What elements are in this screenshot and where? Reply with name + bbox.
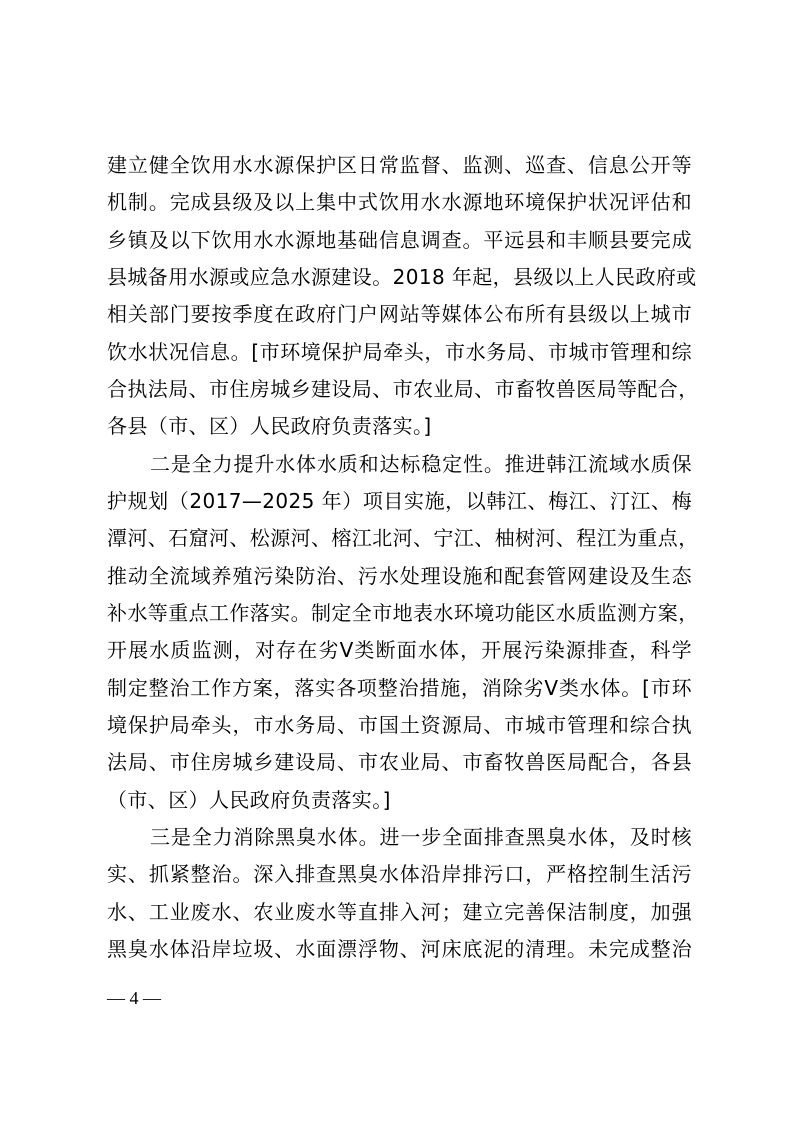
body-line: 实、抓紧整治。深入排查黑臭水体沿岸排污口，严格控制生活污 [107,856,692,893]
body-text: 建立健全饮用水水源保护区日常监督、监测、巡查、信息公开等 机制。完成县级及以上集… [107,147,692,968]
body-line: 境保护局牵头，市水务局、市国土资源局、市城市管理和综合执 [107,707,692,744]
body-line: 建立健全饮用水水源保护区日常监督、监测、巡查、信息公开等 [107,147,692,184]
body-line: 制定整治工作方案，落实各项整治措施，消除劣V类水体。[市环 [107,670,692,707]
body-line: 县城备用水源或应急水源建设。2018 年起，县级以上人民政府或 [107,259,692,296]
body-line: 饮水状况信息。[市环境保护局牵头，市水务局、市城市管理和综 [107,334,692,371]
body-line: 合执法局、市住房城乡建设局、市农业局、市畜牧兽医局等配合， [107,371,692,408]
body-line: 机制。完成县级及以上集中式饮用水水源地环境保护状况评估和 [107,184,692,221]
page-number: — 4 — [107,986,161,1010]
body-line: 潭河、石窟河、松源河、榕江北河、宁江、柚树河、程江为重点， [107,520,692,557]
body-line: 开展水质监测，对存在劣V类断面水体，开展污染源排查，科学 [107,632,692,669]
body-line: （市、区）人民政府负责落实。] [107,782,692,819]
body-line: 乡镇及以下饮用水水源地基础信息调查。平远县和丰顺县要完成 [107,222,692,259]
document-page: 建立健全饮用水水源保护区日常监督、监测、巡查、信息公开等 机制。完成县级及以上集… [0,0,793,1122]
body-line: 相关部门要按季度在政府门户网站等媒体公布所有县级以上城市 [107,296,692,333]
body-line: 黑臭水体沿岸垃圾、水面漂浮物、河床底泥的清理。未完成整治 [107,931,692,968]
body-line: 补水等重点工作落实。制定全市地表水环境功能区水质监测方案， [107,595,692,632]
body-line: 法局、市住房城乡建设局、市农业局、市畜牧兽医局配合，各县 [107,744,692,781]
body-line: 各县（市、区）人民政府负责落实。] [107,408,692,445]
paragraph-drinking-water-source: 建立健全饮用水水源保护区日常监督、监测、巡查、信息公开等 机制。完成县级及以上集… [107,147,692,446]
body-line: 推动全流域养殖污染防治、污水处理设施和配套管网建设及生态 [107,558,692,595]
paragraph-black-odorous-water: 三是全力消除黑臭水体。进一步全面排查黑臭水体，及时核 实、抓紧整治。深入排查黑臭… [107,819,692,968]
body-line: 护规划（2017—2025 年）项目实施，以韩江、梅江、汀江、梅 [107,483,692,520]
paragraph-water-quality: 二是全力提升水体水质和达标稳定性。推进韩江流域水质保 护规划（2017—2025… [107,446,692,819]
body-line: 水、工业废水、农业废水等直排入河；建立完善保洁制度，加强 [107,894,692,931]
body-line-first: 三是全力消除黑臭水体。进一步全面排查黑臭水体，及时核 [107,819,692,856]
body-line-first: 二是全力提升水体水质和达标稳定性。推进韩江流域水质保 [107,446,692,483]
